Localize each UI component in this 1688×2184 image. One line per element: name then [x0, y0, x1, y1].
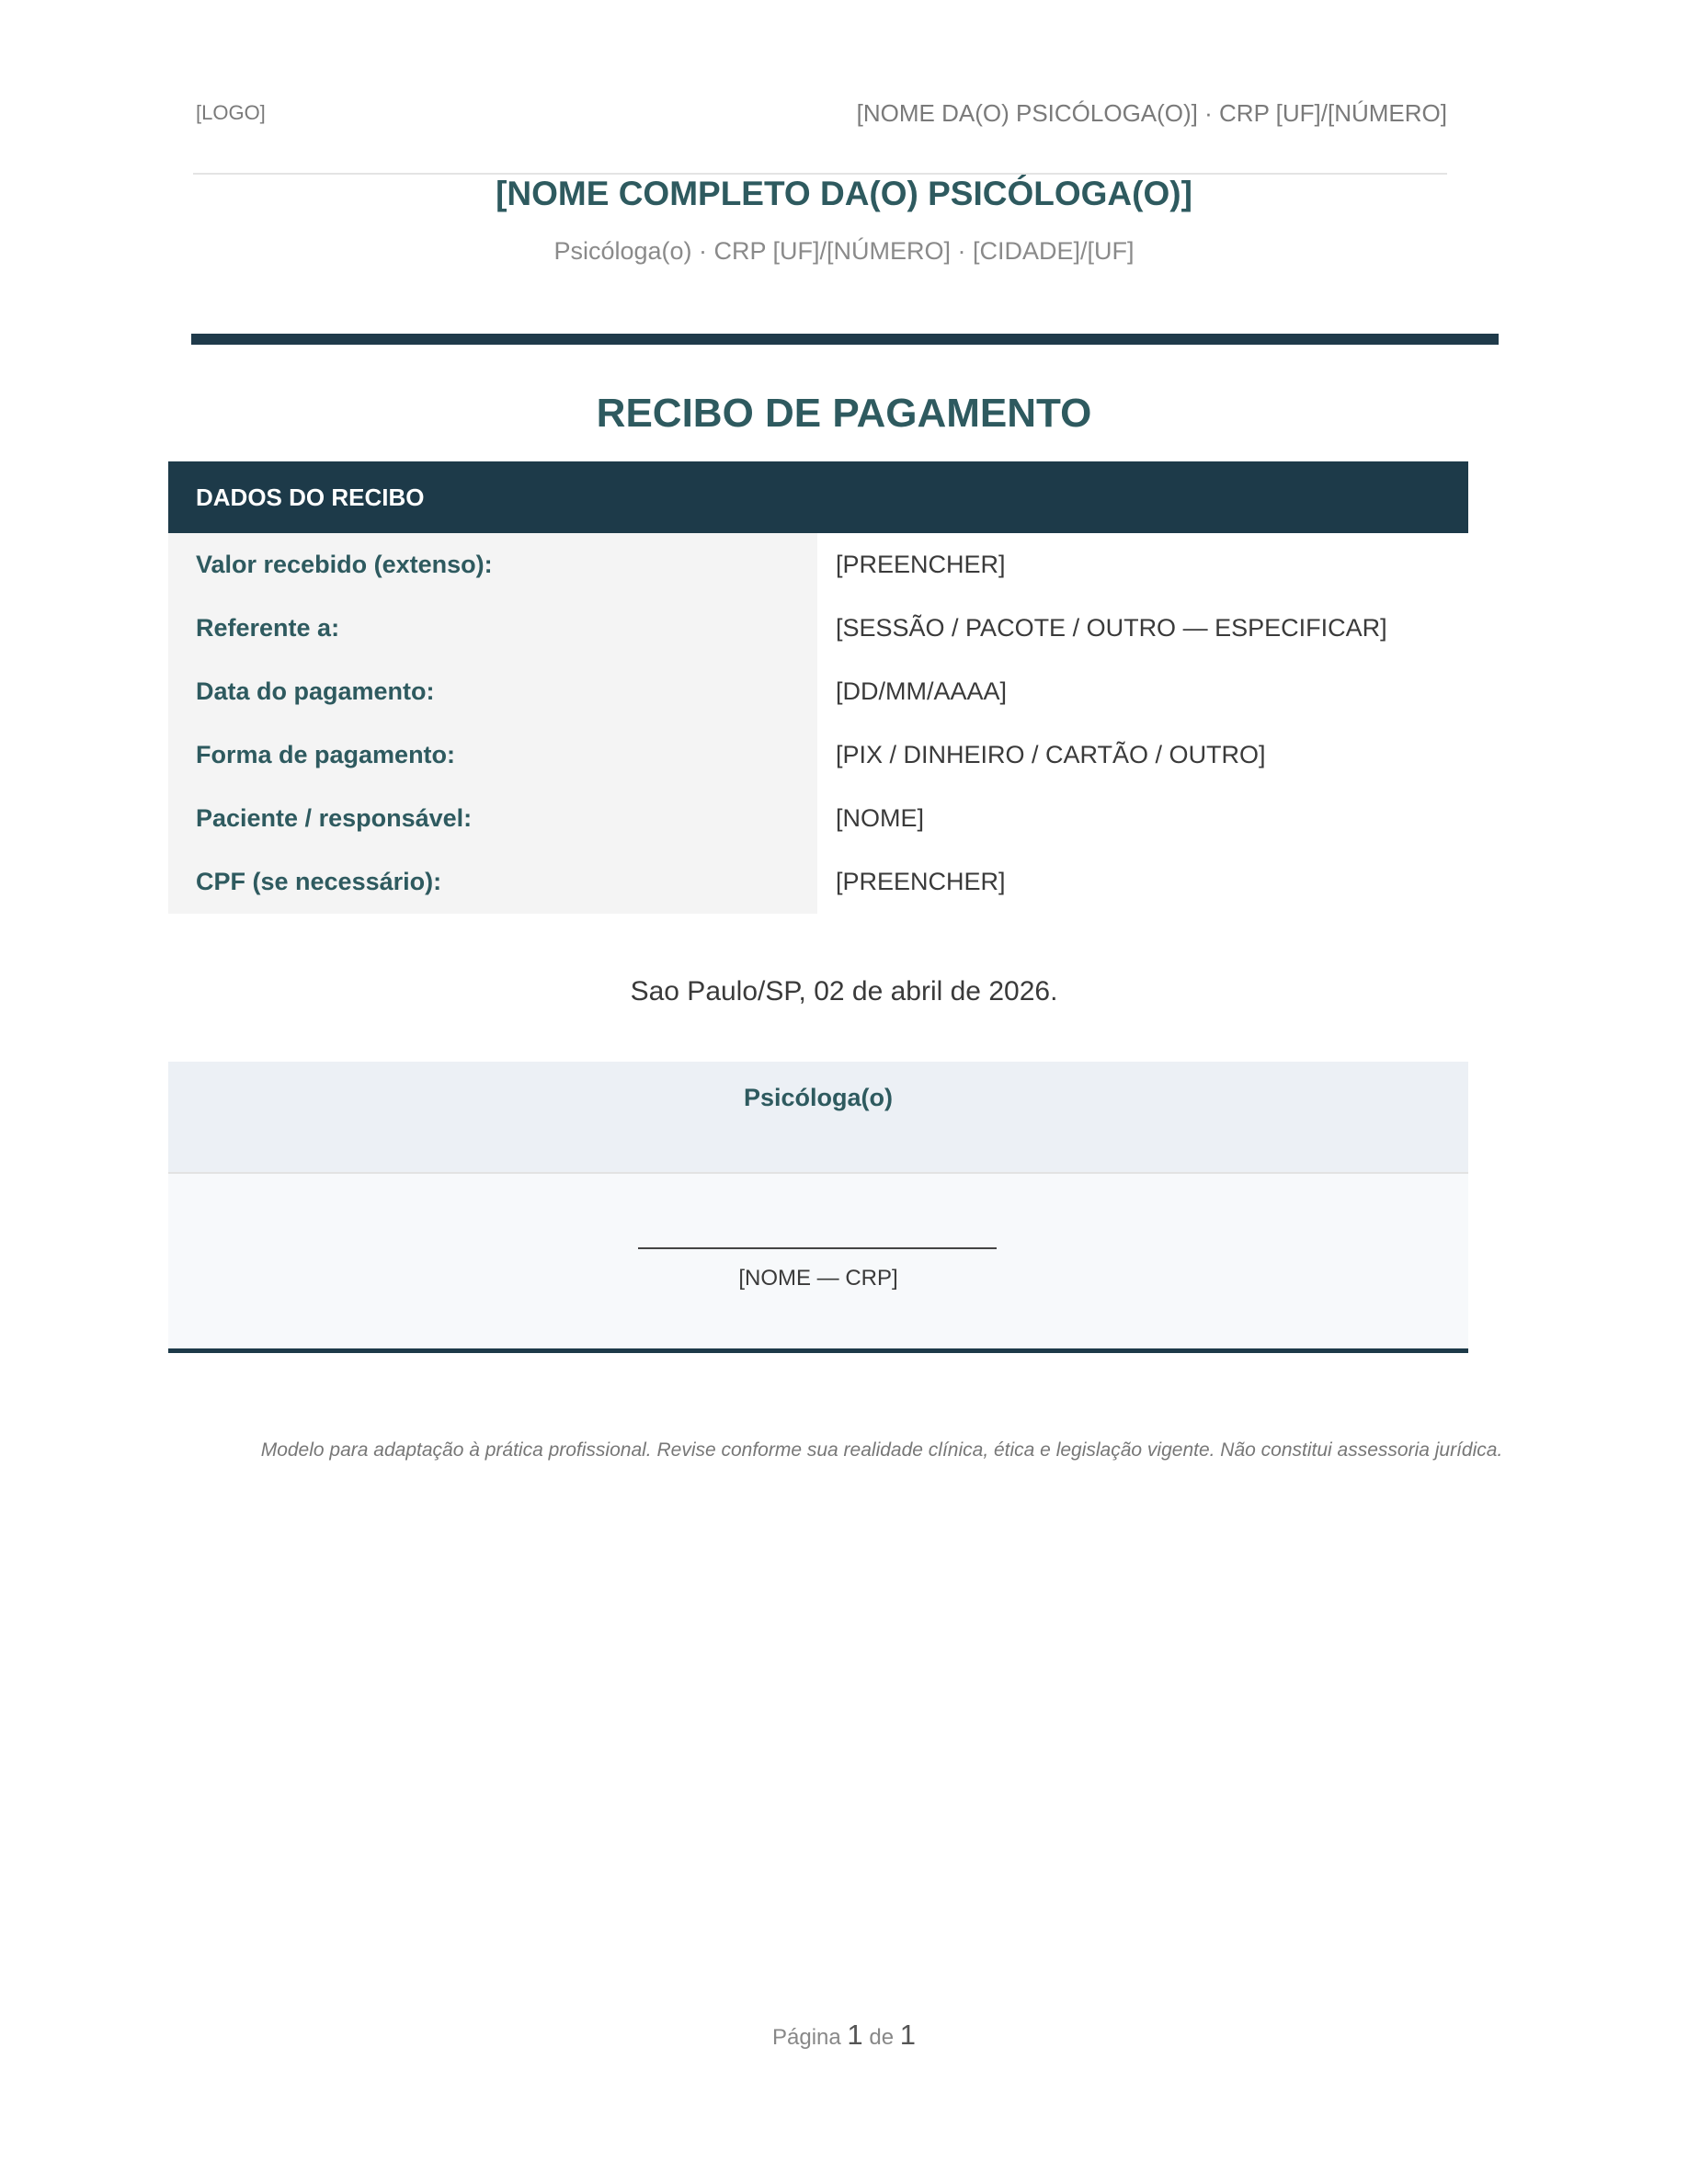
signature-heading: Psicóloga(o) — [168, 1062, 1468, 1174]
header-professional-info: [NOME DA(O) PSICÓLOGA(O)] · CRP [UF]/[NÚ… — [857, 99, 1447, 128]
signature-area: [NOME — CRP] — [168, 1174, 1468, 1353]
of-word: de — [869, 2025, 894, 2050]
row-label: Forma de pagamento: — [168, 723, 817, 787]
row-label: Data do pagamento: — [168, 660, 817, 723]
professional-subtitle: Psicóloga(o) · CRP [UF]/[NÚMERO] · [CIDA… — [0, 237, 1688, 266]
row-label: Referente a: — [168, 597, 817, 660]
document-title: RECIBO DE PAGAMENTO — [0, 391, 1688, 437]
table-row: Forma de pagamento: [PIX / DINHEIRO / CA… — [168, 723, 1468, 787]
table-row: Paciente / responsável: [NOME] — [168, 787, 1468, 850]
place-date-line: Sao Paulo/SP, 02 de abril de 2026. — [0, 976, 1688, 1007]
row-label: Paciente / responsável: — [168, 787, 817, 850]
logo-placeholder: [LOGO] — [196, 101, 266, 125]
signature-name: [NOME — CRP] — [168, 1266, 1468, 1291]
table-row: Data do pagamento: [DD/MM/AAAA] — [168, 660, 1468, 723]
row-label: CPF (se necessário): — [168, 850, 817, 914]
signature-line — [638, 1247, 997, 1249]
section-divider-bar — [191, 334, 1499, 345]
row-value: [PREENCHER] — [817, 850, 1468, 914]
total-pages: 1 — [900, 2019, 916, 2051]
page-word: Página — [772, 2025, 841, 2050]
row-value: [PREENCHER] — [817, 533, 1468, 597]
row-value: [SESSÃO / PACOTE / OUTRO — ESPECIFICAR] — [817, 597, 1468, 660]
table-row: CPF (se necessário): [PREENCHER] — [168, 850, 1468, 914]
receipt-table: DADOS DO RECIBO Valor recebido (extenso)… — [168, 461, 1468, 914]
row-value: [PIX / DINHEIRO / CARTÃO / OUTRO] — [817, 723, 1468, 787]
signature-block: Psicóloga(o) [NOME — CRP] — [168, 1062, 1468, 1353]
current-page: 1 — [847, 2019, 862, 2051]
disclaimer-text: Modelo para adaptação à prática profissi… — [0, 1439, 1688, 1462]
row-label: Valor recebido (extenso): — [168, 533, 817, 597]
row-value: [DD/MM/AAAA] — [817, 660, 1468, 723]
receipt-table-heading: DADOS DO RECIBO — [168, 461, 1468, 533]
professional-name: [NOME COMPLETO DA(O) PSICÓLOGA(O)] — [0, 175, 1688, 213]
table-row: Valor recebido (extenso): [PREENCHER] — [168, 533, 1468, 597]
page-number: Página 1 de 1 — [0, 2019, 1688, 2052]
row-value: [NOME] — [817, 787, 1468, 850]
table-row: Referente a: [SESSÃO / PACOTE / OUTRO — … — [168, 597, 1468, 660]
